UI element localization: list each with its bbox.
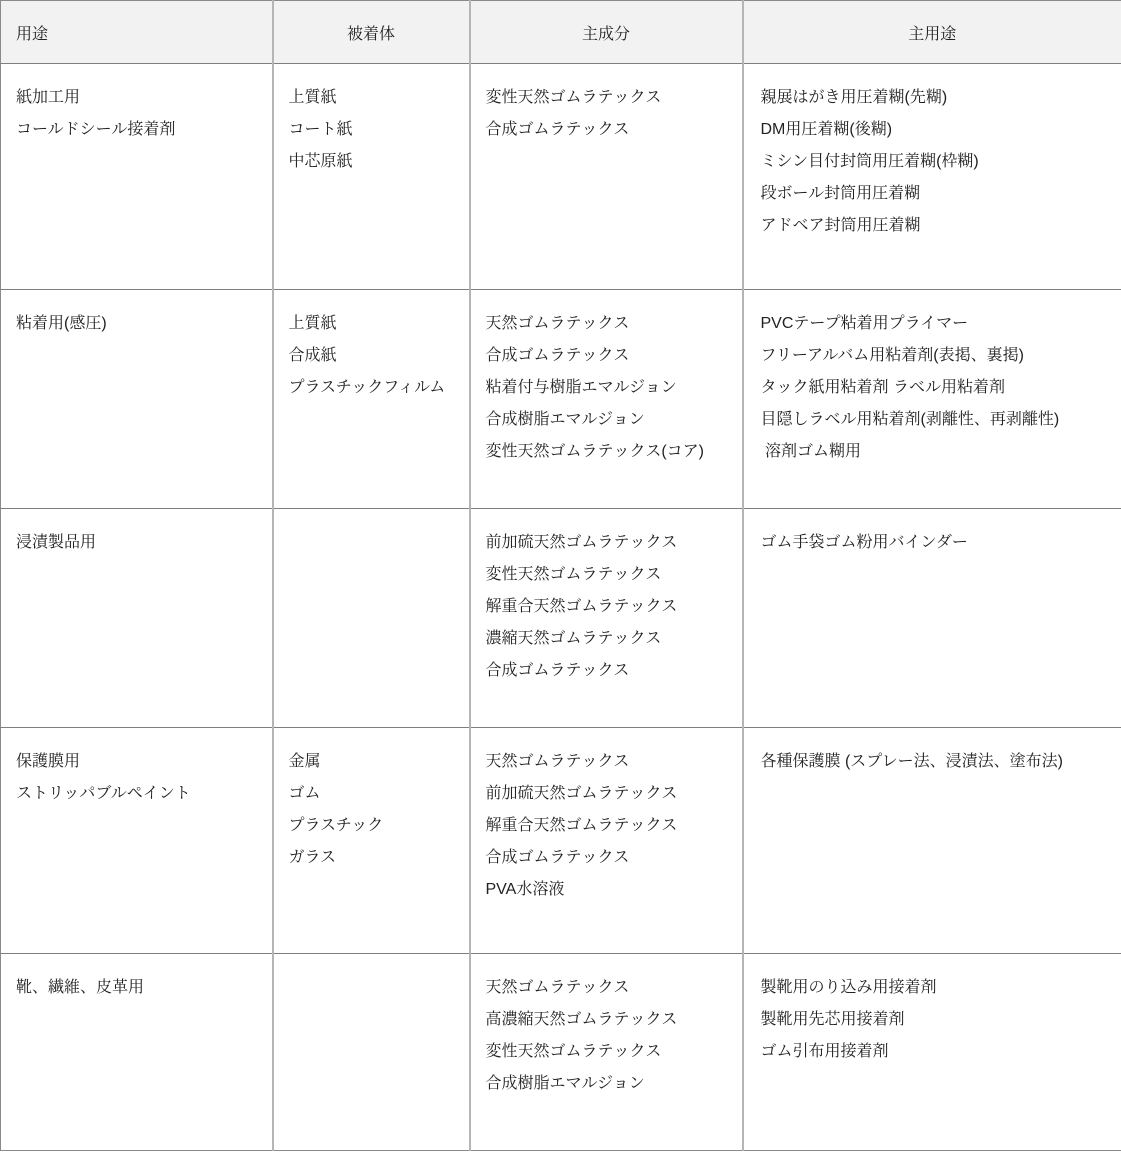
cell-main-applications: 製靴用のり込み用接着剤 製靴用先芯用接着剤 ゴム引布用接着剤: [743, 954, 1121, 1151]
cell-main-component: 前加硫天然ゴムラテックス 変性天然ゴムラテックス 解重合天然ゴムラテックス 濃縮…: [470, 509, 743, 728]
cell-usage: 粘着用(感圧): [1, 290, 273, 509]
col-header-adherend: 被着体: [273, 1, 470, 64]
col-header-main-applications: 主用途: [743, 1, 1121, 64]
cell-main-component: 変性天然ゴムラテックス 合成ゴムラテックス: [470, 64, 743, 290]
cell-main-applications: 各種保護膜 (スプレー法、浸漬法、塗布法): [743, 728, 1121, 954]
adhesive-applications-table: 用途 被着体 主成分 主用途 紙加工用 コールドシール接着剤 上質紙 コート紙 …: [0, 0, 1121, 1151]
cell-adherend: [273, 954, 470, 1151]
col-header-main-component: 主成分: [470, 1, 743, 64]
cell-usage: 保護膜用 ストリッパブルペイント: [1, 728, 273, 954]
cell-adherend: 上質紙 合成紙 プラスチックフィルム: [273, 290, 470, 509]
cell-usage: 浸漬製品用: [1, 509, 273, 728]
cell-adherend: [273, 509, 470, 728]
cell-main-component: 天然ゴムラテックス 前加硫天然ゴムラテックス 解重合天然ゴムラテックス 合成ゴム…: [470, 728, 743, 954]
table-row: 浸漬製品用 前加硫天然ゴムラテックス 変性天然ゴムラテックス 解重合天然ゴムラテ…: [1, 509, 1121, 728]
cell-adherend: 上質紙 コート紙 中芯原紙: [273, 64, 470, 290]
cell-main-applications: 親展はがき用圧着糊(先糊) DM用圧着糊(後糊) ミシン目付封筒用圧着糊(枠糊)…: [743, 64, 1121, 290]
cell-adherend: 金属 ゴム プラスチック ガラス: [273, 728, 470, 954]
table-row: 靴、繊維、皮革用 天然ゴムラテックス 高濃縮天然ゴムラテックス 変性天然ゴムラテ…: [1, 954, 1121, 1151]
table-header-row: 用途 被着体 主成分 主用途: [1, 1, 1121, 64]
cell-main-component: 天然ゴムラテックス 高濃縮天然ゴムラテックス 変性天然ゴムラテックス 合成樹脂エ…: [470, 954, 743, 1151]
cell-main-applications: PVCテープ粘着用プライマー フリーアルバム用粘着剤(表掲、裏掲) タック紙用粘…: [743, 290, 1121, 509]
cell-usage: 紙加工用 コールドシール接着剤: [1, 64, 273, 290]
cell-main-applications: ゴム手袋ゴム粉用バインダー: [743, 509, 1121, 728]
cell-usage: 靴、繊維、皮革用: [1, 954, 273, 1151]
col-header-usage: 用途: [1, 1, 273, 64]
table-row: 粘着用(感圧) 上質紙 合成紙 プラスチックフィルム 天然ゴムラテックス 合成ゴ…: [1, 290, 1121, 509]
cell-main-component: 天然ゴムラテックス 合成ゴムラテックス 粘着付与樹脂エマルジョン 合成樹脂エマル…: [470, 290, 743, 509]
table-row: 紙加工用 コールドシール接着剤 上質紙 コート紙 中芯原紙 変性天然ゴムラテック…: [1, 64, 1121, 290]
table-row: 保護膜用 ストリッパブルペイント 金属 ゴム プラスチック ガラス 天然ゴムラテ…: [1, 728, 1121, 954]
